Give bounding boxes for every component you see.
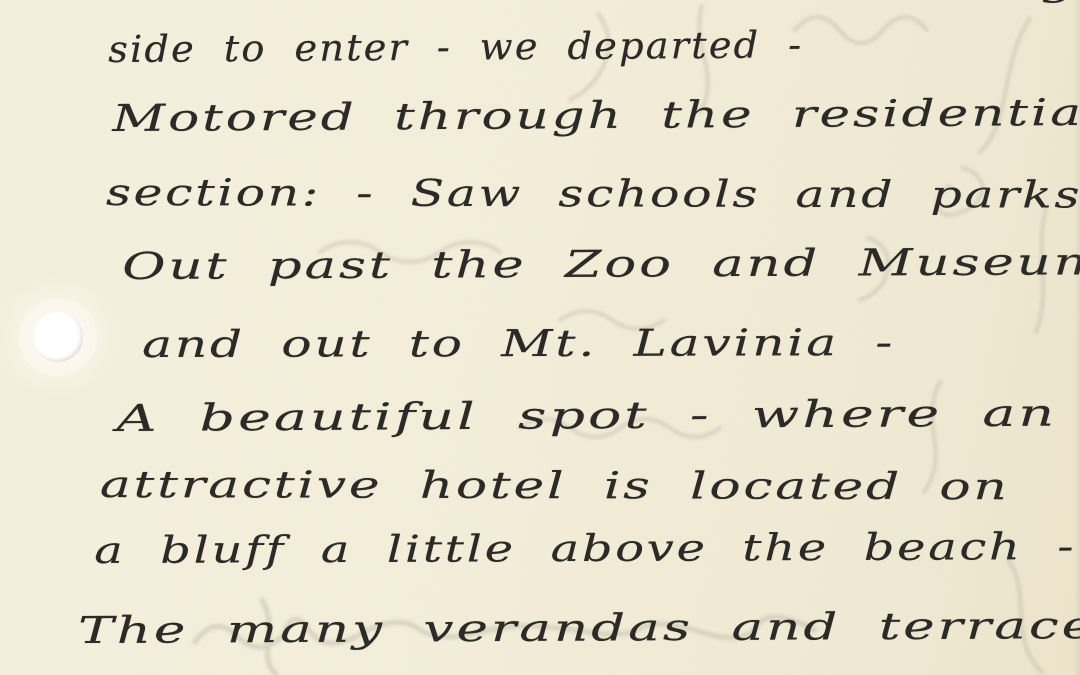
- handwriting-line-7: A beautiful spot - where an: [116, 392, 1057, 440]
- handwriting-line-4: section: - Saw schools and parks -: [106, 171, 1080, 217]
- handwriting-line-5: Out past the Zoo and Museum -: [122, 240, 1080, 288]
- punch-hole: [33, 312, 83, 362]
- handwriting-line-3: Motored through the residential: [112, 91, 1080, 140]
- handwriting-line-10-partial: The many verandas and terraces: [78, 604, 1080, 652]
- handwriting-line-8: attractive hotel is located on: [100, 463, 1010, 508]
- handwriting-line-6: and out to Mt. Lavinia -: [142, 321, 895, 366]
- handwriting-line-9: a bluff a little above the beach -: [94, 525, 1076, 572]
- handwriting-line-2: side to enter - we departed -: [108, 23, 803, 71]
- handwriting-line-1-partial: east on Main Ave on the right: [104, 0, 1080, 7]
- scanned-diary-page: east on Main Ave on the right side to en…: [0, 0, 1080, 675]
